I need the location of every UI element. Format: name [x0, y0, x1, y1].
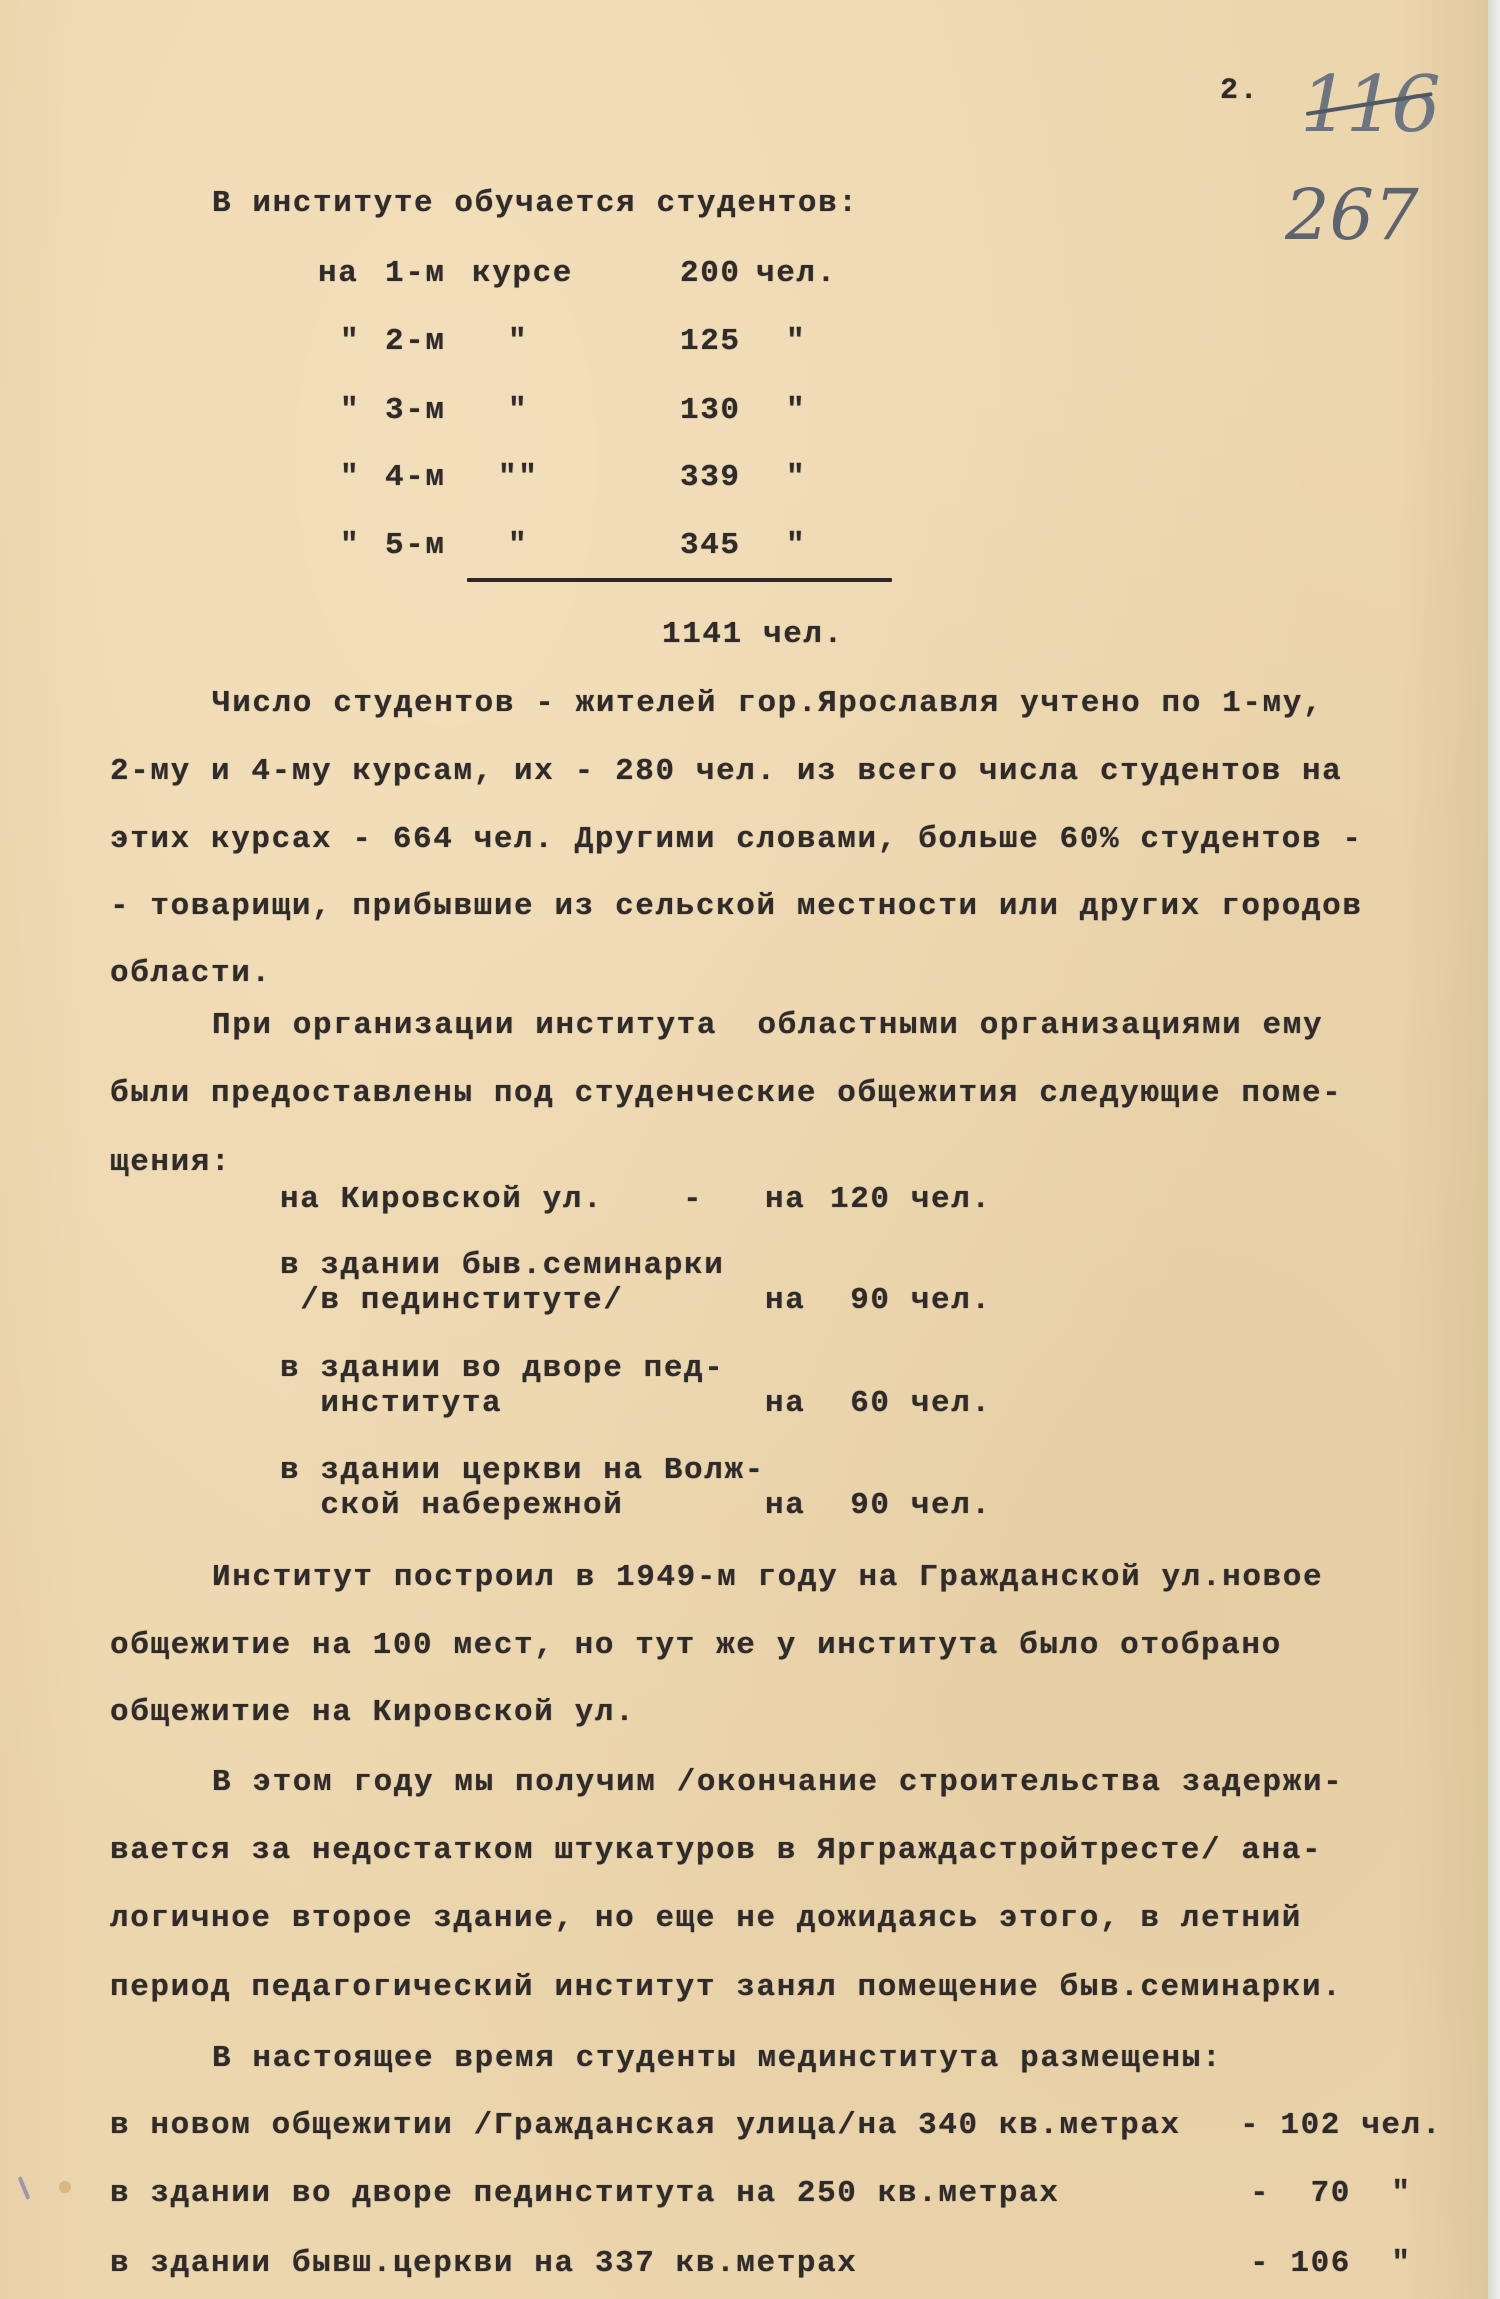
document-page: 2. 116 267 В институте обучается студент… — [0, 0, 1488, 2299]
students-total: 1141 чел. — [662, 619, 844, 650]
page-edge — [1488, 0, 1500, 2299]
handwritten-folio: 267 — [1285, 180, 1419, 250]
pencil-mark — [18, 2176, 31, 2200]
sum-underline — [467, 578, 892, 582]
students-heading: В институте обучается студентов: — [212, 188, 859, 219]
paper-stain — [59, 2181, 71, 2193]
typed-page-number: 2. — [1220, 76, 1259, 106]
